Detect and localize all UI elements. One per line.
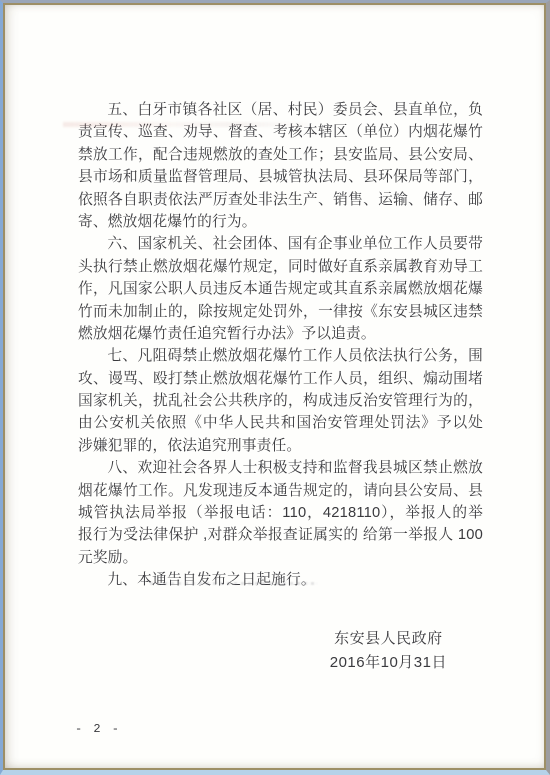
paragraph: 九、本通告自发布之日起施行。: [78, 569, 483, 591]
paragraph: 七、凡阻碍禁止燃放烟花爆竹工作人员依法执行公务，围攻、谩骂、殴打禁止燃放烟花爆竹…: [78, 345, 483, 457]
text-line: 燃放烟花爆竹责任追究暂行办法》予以追责。: [78, 323, 483, 345]
text-line: 元奖励。: [78, 547, 483, 569]
paragraph: 六、国家机关、社会团体、国有企事业单位工作人员要带头执行禁止燃放烟花爆竹规定，同…: [78, 233, 483, 345]
text-line: 五、白牙市镇各社区（居、村民）委员会、县直单位，负: [78, 99, 483, 121]
text-line: 八、欢迎社会各界人士积极支持和监督我县城区禁止燃放: [78, 457, 483, 479]
text-line: 国家机关，扰乱社会公共秩序的，构成违反治安管理行为的，: [78, 390, 483, 412]
scanned-page: 五、白牙市镇各社区（居、村民）委员会、县直单位，负责宣传、巡查、劝导、督查、考核…: [3, 3, 546, 770]
text-line: 作，凡国家公职人员违反本通告规定或其直系亲属燃放烟花爆: [78, 278, 483, 300]
issuer-name: 东安县人民政府: [330, 627, 447, 651]
text-line: 由公安机关依照《中华人民共和国治安管理处罚法》予以处罚；: [78, 412, 483, 434]
text-line: 责宣传、巡查、劝导、督查、考核本辖区（单位）内烟花爆竹: [78, 121, 483, 143]
text-line: 七、凡阻碍禁止燃放烟花爆竹工作人员依法执行公务，围: [78, 345, 483, 367]
text-line: 烟花爆竹工作。凡发现违反本通告规定的，请向县公安局、县: [78, 480, 483, 502]
text-line: 城管执法局举报（举报电话：110，4218110），举报人的举: [78, 502, 483, 524]
page-number: - 2 -: [75, 722, 121, 736]
document-viewer-background: 五、白牙市镇各社区（居、村民）委员会、县直单位，负责宣传、巡查、劝导、督查、考核…: [0, 0, 550, 775]
paragraph: 八、欢迎社会各界人士积极支持和监督我县城区禁止燃放烟花爆竹工作。凡发现违反本通告…: [78, 457, 483, 569]
text-line: 寄、燃放烟花爆竹的行为。: [78, 211, 483, 233]
text-line: 涉嫌犯罪的，依法追究刑事责任。: [78, 435, 483, 457]
document-body: 五、白牙市镇各社区（居、村民）委员会、县直单位，负责宣传、巡查、劝导、督查、考核…: [78, 99, 483, 592]
text-line: 县市场和质量监督管理局、县城管执法局、县环保局等部门，: [78, 166, 483, 188]
paragraph: 五、白牙市镇各社区（居、村民）委员会、县直单位，负责宣传、巡查、劝导、督查、考核…: [78, 99, 483, 233]
signature-block: 东安县人民政府 2016年10月31日: [330, 627, 447, 674]
text-line: 攻、谩骂、殴打禁止燃放烟花爆竹工作人员，组织、煽动围堵: [78, 368, 483, 390]
issue-date: 2016年10月31日: [330, 651, 447, 675]
text-line: 竹而未加制止的，除按规定处罚外，一律按《东安县城区违禁: [78, 301, 483, 323]
text-line: 禁放工作，配合违规燃放的查处工作；县安监局、县公安局、: [78, 144, 483, 166]
text-line: 六、国家机关、社会团体、国有企事业单位工作人员要带: [78, 233, 483, 255]
text-line: 九、本通告自发布之日起施行。: [78, 569, 483, 591]
text-line: 报行为受法律保护 ,对群众举报查证属实的 给第一举报人 100: [78, 524, 483, 546]
text-line: 依照各自职责依法严厉查处非法生产、销售、运输、储存、邮: [78, 189, 483, 211]
text-line: 头执行禁止燃放烟花爆竹规定，同时做好直系亲属教育劝导工: [78, 256, 483, 278]
